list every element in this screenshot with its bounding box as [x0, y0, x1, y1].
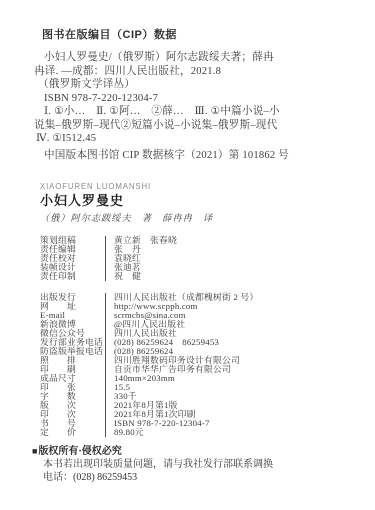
copyright-notice: ■版权所有·侵权必究 本书若出现印装质量问题，请与我社发行部联系调换 电话：(0… [34, 445, 349, 484]
publishing-row: 网 址 http://www.scpph.com [40, 302, 349, 311]
publishing-row: 字 数 330千 [40, 392, 349, 401]
quality-exchange-line: 本书若出现印装质量问题，请与我社发行部联系调换 [43, 458, 349, 471]
credit-label: 责任印制 [40, 272, 105, 281]
cip-header: 图书在版编目（CIP）数据 [42, 29, 349, 42]
title-pinyin: XIAOFUREN LUOMANSHI [40, 182, 349, 191]
credit-value: 张迪茗 [105, 263, 349, 272]
copyright-warning-line: ■版权所有·侵权必究 [32, 445, 349, 458]
credit-value: 黄立新 张春晓 [105, 236, 349, 245]
author-translator-byline: （俄）阿尔志跋绥夫 著 薛冉冉 译 [40, 213, 349, 223]
publishing-row: 书 号 ISBN 978-7-220-12304-7 [40, 419, 349, 428]
cip-isbn-line: ISBN 978-7-220-12304-7 [44, 92, 349, 106]
credit-value: 张 丹 [105, 245, 349, 254]
credit-row: 策划组稿 黄立新 张春晓 [40, 236, 349, 245]
title-block: XIAOFUREN LUOMANSHI 小妇人罗曼史 （俄）阿尔志跋绥夫 著 薛… [40, 182, 349, 223]
cip-section: 图书在版编目（CIP）数据 小妇人罗曼史/（俄罗斯）阿尔志跋绥夫著；薛冉 冉译.… [34, 29, 349, 162]
filled-square-icon: ■ [32, 446, 37, 456]
cip-registry: 中国版本图书馆 CIP 数据核字（2021）第 101862 号 [34, 149, 349, 163]
publishing-row: 印 刷 自贡市华华广告印务有限公司 [40, 365, 349, 374]
publishing-value: 15.5 [105, 383, 349, 392]
publishing-label: 定 价 [40, 428, 105, 437]
credit-value: 祝 健 [105, 272, 349, 281]
cip-classification: Ⅰ. ①小… Ⅱ. ①阿… ②薛… Ⅲ. ①中篇小说–小 说集–俄罗斯–现代②短… [34, 105, 349, 146]
credit-row: 责任编辑 张 丹 [40, 245, 349, 254]
publishing-row: 新浪微博 @四川人民出版社 [40, 320, 349, 329]
cip-class-line: 说集–俄罗斯–现代②短篇小说–小说集–俄罗斯–现代 [34, 119, 349, 133]
publishing-row: 定 价 89.80元 [40, 428, 349, 437]
publishing-row: 印 张 15.5 [40, 383, 349, 392]
cip-record: 小妇人罗曼史/（俄罗斯）阿尔志跋绥夫著；薛冉 冉译. —成都：四川人民出版社，2… [34, 51, 349, 105]
book-copyright-page: 图书在版编目（CIP）数据 小妇人罗曼史/（俄罗斯）阿尔志跋绥夫著；薛冉 冉译.… [0, 0, 375, 510]
cip-registry-line: 中国版本图书馆 CIP 数据核字（2021）第 101862 号 [44, 149, 349, 163]
credit-row: 装帧设计 张迪茗 [40, 263, 349, 272]
staff-credits: 策划组稿 黄立新 张春晓 责任编辑 张 丹 责任校对 袁晓红 装帧设计 张迪茗 … [40, 236, 349, 281]
publishing-value: 140mm×203mm [105, 374, 349, 383]
cip-record-line: 冉译. —成都：四川人民出版社，2021.8 [34, 65, 349, 79]
copyright-warning-text: 版权所有·侵权必究 [38, 446, 121, 457]
publishing-value: 89.80元 [105, 428, 349, 437]
contact-phone-line: 电话：(028) 86259453 [43, 471, 349, 484]
publishing-row: E-mail scrmcbs@sina.com [40, 311, 349, 320]
cip-series-line: （俄罗斯文学译丛） [38, 78, 349, 92]
credit-row: 责任校对 袁晓红 [40, 254, 349, 263]
publishing-row: 成品尺寸 140mm×203mm [40, 374, 349, 383]
cip-class-line: Ⅰ. ①小… Ⅱ. ①阿… ②薛… Ⅲ. ①中篇小说–小 [44, 105, 349, 119]
credit-value: 袁晓红 [105, 254, 349, 263]
book-title: 小妇人罗曼史 [40, 193, 349, 208]
credit-row: 责任印制 祝 健 [40, 272, 349, 281]
cip-class-line: Ⅳ. ①I512.45 [36, 132, 349, 146]
publishing-info: 出版发行 四川人民出版社（成都槐树街 2 号） 网 址 http://www.s… [40, 293, 349, 437]
cip-record-line: 小妇人罗曼史/（俄罗斯）阿尔志跋绥夫著；薛冉 [44, 51, 349, 65]
